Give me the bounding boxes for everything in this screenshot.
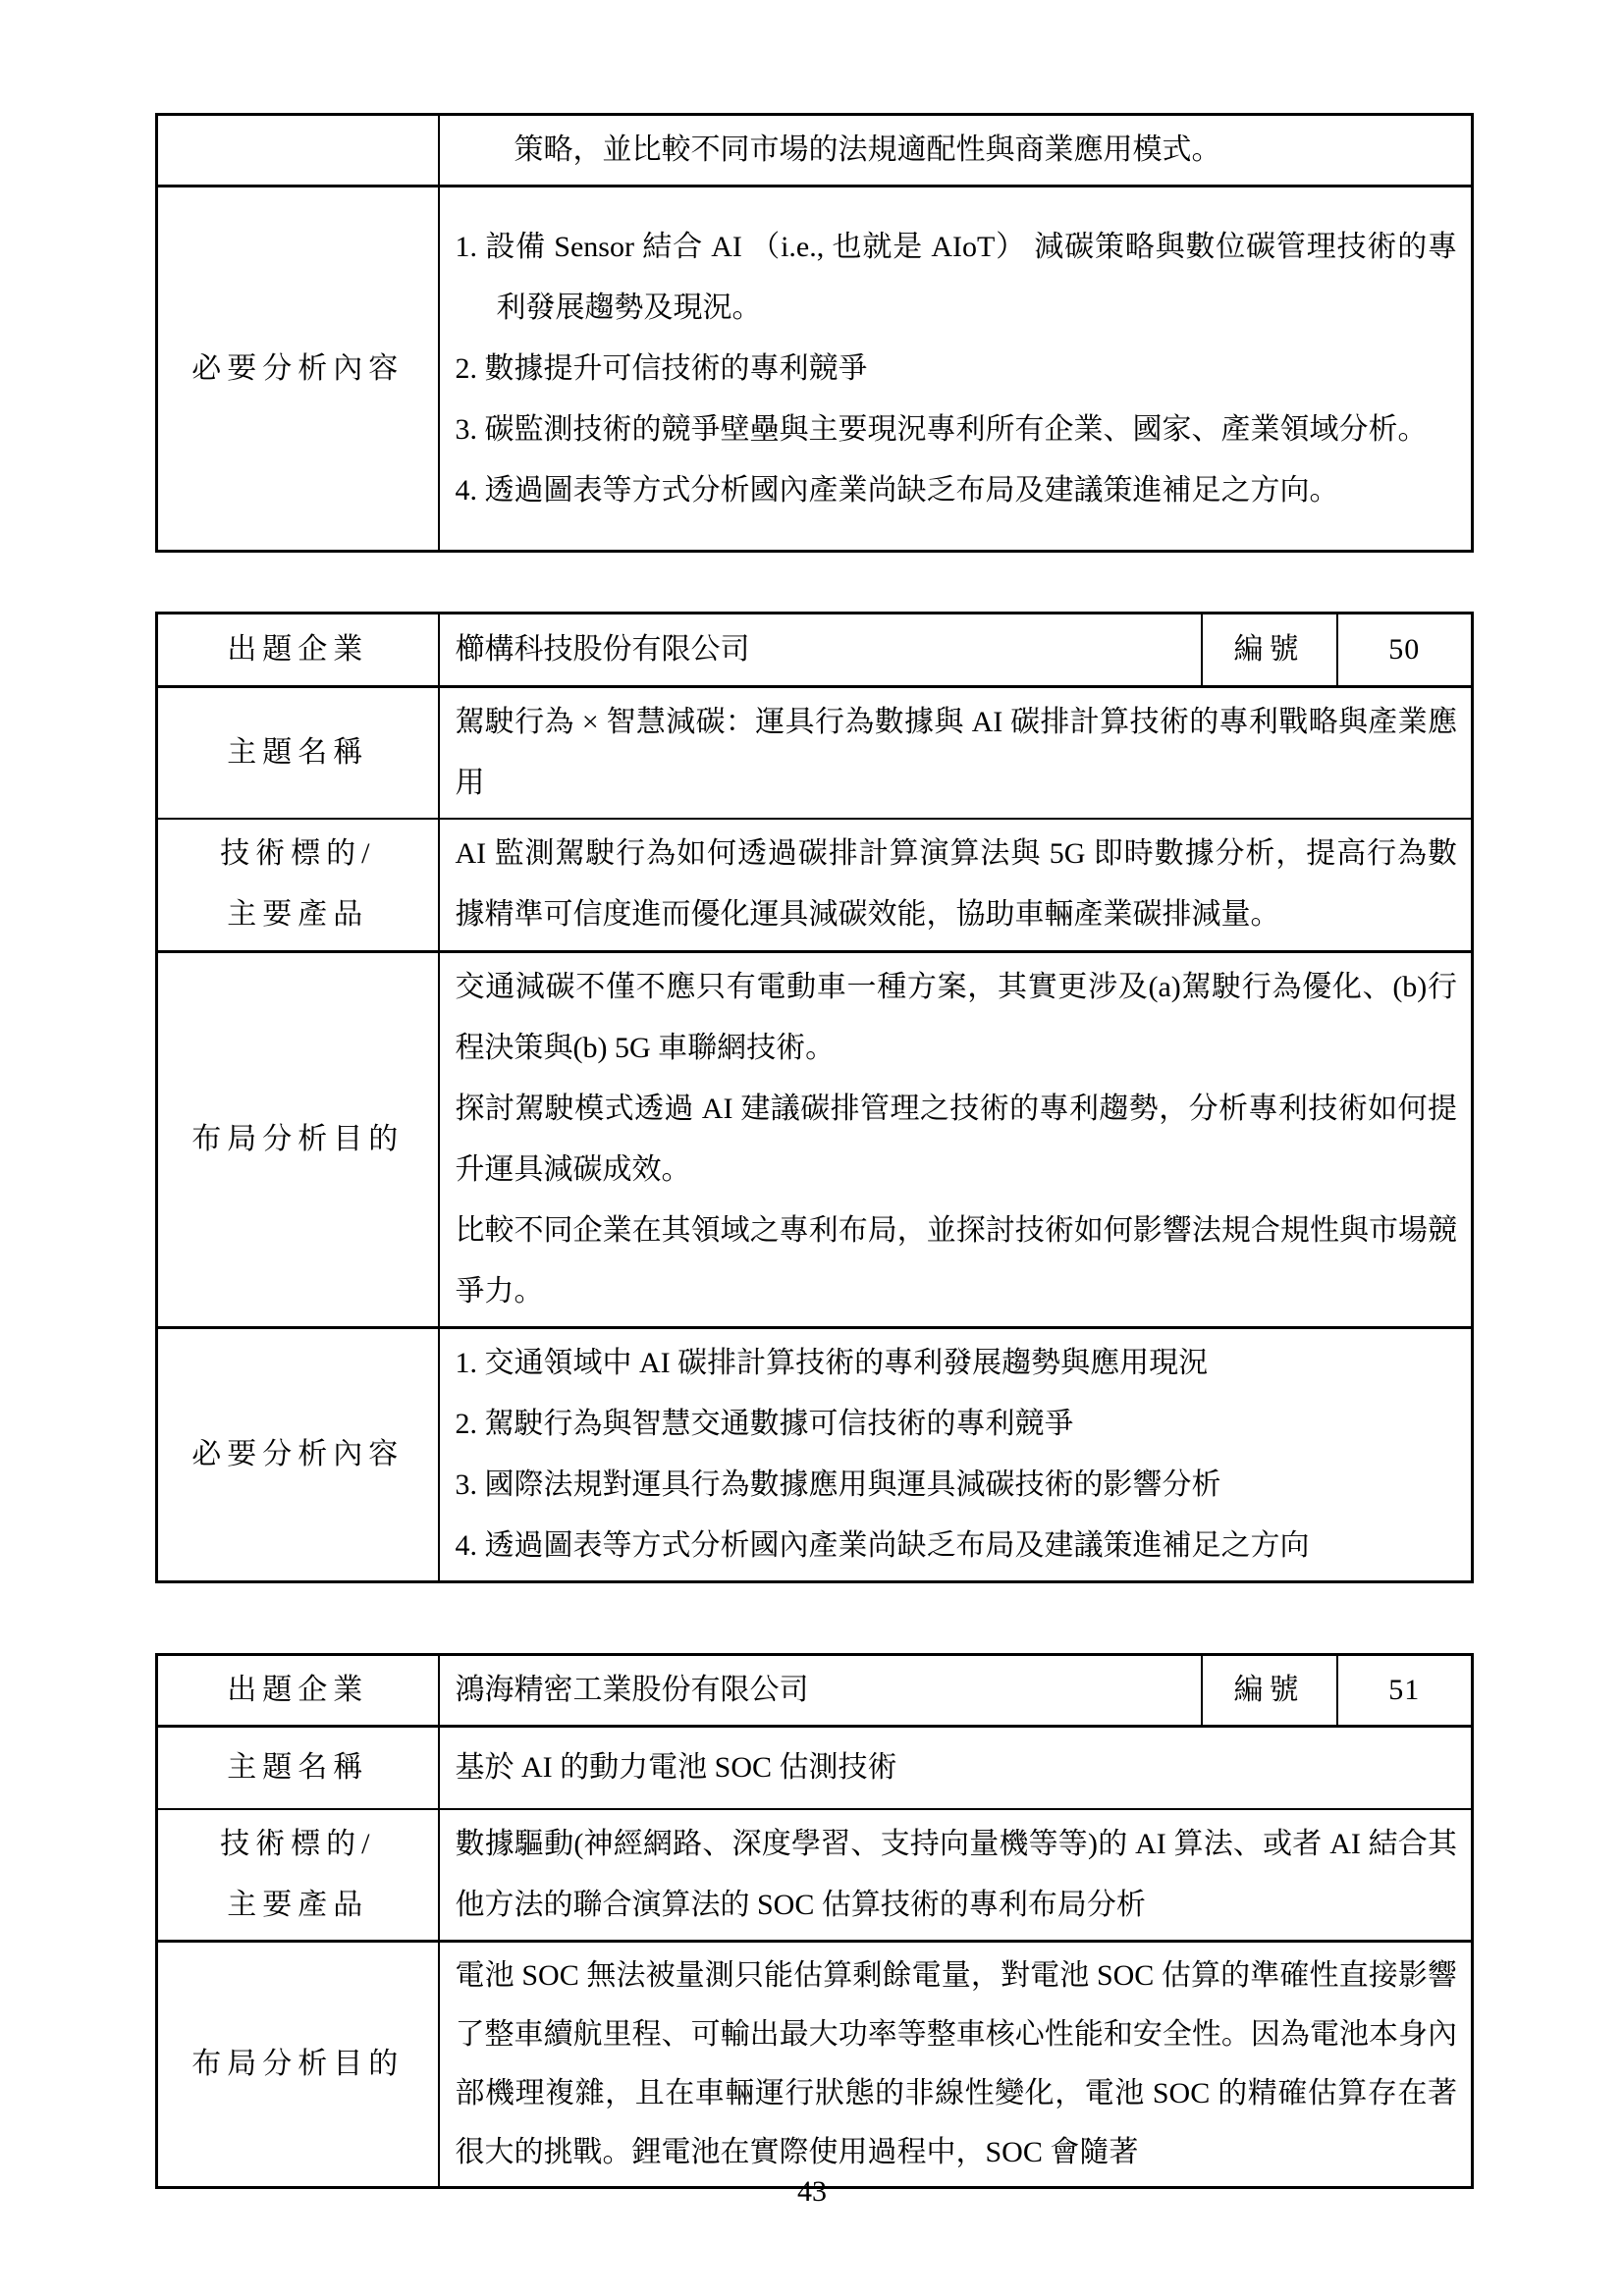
required-analysis-row: 必要分析內容 1. 設備 Sensor 結合 AI （i.e., 也就是 AIo… — [157, 187, 1473, 552]
topic-row: 主題名稱 駕駛行為 × 智慧減碳：運具行為數據與 AI 碳排計算技術的專利戰略與… — [157, 687, 1473, 820]
serial-number: 51 — [1337, 1654, 1473, 1726]
continuation-text: 策略，並比較不同市場的法規適配性與商業應用模式。 — [439, 115, 1473, 187]
company-label: 出題企業 — [157, 1654, 439, 1726]
target-label: 技術標的/ 主要產品 — [157, 1809, 439, 1942]
topic-label: 主題名稱 — [157, 687, 439, 820]
analysis-item-1: 1. 交通領域中 AI 碳排計算技術的專利發展趨勢與應用現況 — [456, 1333, 1458, 1394]
target-row: 技術標的/ 主要產品 數據驅動(神經網路、深度學習、支持向量機等等)的 AI 算… — [157, 1809, 1473, 1942]
purpose-paragraph-3: 比較不同企業在其領域之專利布局，並探討技術如何影響法規合規性與市場競爭力。 — [456, 1201, 1458, 1322]
table-topic-50: 出題企業 櫛構科技股份有限公司 編號 50 主題名稱 駕駛行為 × 智慧減碳：運… — [155, 612, 1474, 1583]
serial-label: 編號 — [1202, 1654, 1337, 1726]
analysis-item-3: 3. 國際法規對運具行為數據應用與運具減碳技術的影響分析 — [456, 1455, 1458, 1516]
company-label: 出題企業 — [157, 614, 439, 687]
analysis-item-2: 2. 駕駛行為與智慧交通數據可信技術的專利競爭 — [456, 1394, 1458, 1455]
target-label: 技術標的/ 主要產品 — [157, 819, 439, 951]
continuation-row: 策略，並比較不同市場的法規適配性與商業應用模式。 — [157, 115, 1473, 187]
topic-row: 主題名稱 基於 AI 的動力電池 SOC 估測技術 — [157, 1726, 1473, 1809]
topic-label: 主題名稱 — [157, 1726, 439, 1809]
target-label-line1: 技術標的/ — [162, 824, 434, 884]
required-analysis-row: 必要分析內容 1. 交通領域中 AI 碳排計算技術的專利發展趨勢與應用現況 2.… — [157, 1327, 1473, 1581]
serial-label: 編號 — [1202, 614, 1337, 687]
table-continuation: 策略，並比較不同市場的法規適配性與商業應用模式。 必要分析內容 1. 設備 Se… — [155, 113, 1474, 553]
purpose-paragraph-2: 探討駕駛模式透過 AI 建議碳排管理之技術的專利趨勢，分析專利技術如何提升運具減… — [456, 1079, 1458, 1201]
target-label-line2: 主要產品 — [162, 884, 434, 945]
target-content: 數據驅動(神經網路、深度學習、支持向量機等等)的 AI 算法、或者 AI 結合其… — [439, 1809, 1473, 1942]
serial-number: 50 — [1337, 614, 1473, 687]
purpose-label: 布局分析目的 — [157, 951, 439, 1327]
topic-title: 基於 AI 的動力電池 SOC 估測技術 — [439, 1726, 1473, 1809]
required-analysis-label: 必要分析內容 — [157, 1327, 439, 1581]
table-topic-51: 出題企業 鴻海精密工業股份有限公司 編號 51 主題名稱 基於 AI 的動力電池… — [155, 1653, 1474, 2190]
topic-title: 駕駛行為 × 智慧減碳：運具行為數據與 AI 碳排計算技術的專利戰略與產業應用 — [439, 687, 1473, 820]
analysis-item-3: 3. 碳監測技術的競爭壁壘與主要現況專利所有企業、國家、產業領域分析。 — [456, 400, 1458, 460]
company-row: 出題企業 鴻海精密工業股份有限公司 編號 51 — [157, 1654, 1473, 1726]
purpose-label: 布局分析目的 — [157, 1942, 439, 2188]
analysis-item-4: 4. 透過圖表等方式分析國內產業尚缺乏布局及建議策進補足之方向 — [456, 1516, 1458, 1576]
analysis-item-1: 1. 設備 Sensor 結合 AI （i.e., 也就是 AIoT） 減碳策略… — [456, 217, 1458, 339]
required-analysis-label: 必要分析內容 — [157, 187, 439, 552]
document-page: 策略，並比較不同市場的法規適配性與商業應用模式。 必要分析內容 1. 設備 Se… — [0, 0, 1624, 2296]
required-analysis-content: 1. 設備 Sensor 結合 AI （i.e., 也就是 AIoT） 減碳策略… — [439, 187, 1473, 552]
purpose-row: 布局分析目的 交通減碳不僅不應只有電動車一種方案，其實更涉及(a)駕駛行為優化、… — [157, 951, 1473, 1327]
company-name: 櫛構科技股份有限公司 — [439, 614, 1202, 687]
analysis-item-4: 4. 透過圖表等方式分析國內產業尚缺乏布局及建議策進補足之方向。 — [456, 460, 1458, 521]
purpose-content: 交通減碳不僅不應只有電動車一種方案，其實更涉及(a)駕駛行為優化、(b)行程決策… — [439, 951, 1473, 1327]
empty-label-cell — [157, 115, 439, 187]
target-label-line1: 技術標的/ — [162, 1814, 434, 1875]
purpose-row: 布局分析目的 電池 SOC 無法被量測只能估算剩餘電量，對電池 SOC 估算的準… — [157, 1942, 1473, 2188]
purpose-content: 電池 SOC 無法被量測只能估算剩餘電量，對電池 SOC 估算的準確性直接影響了… — [439, 1942, 1473, 2188]
required-analysis-content: 1. 交通領域中 AI 碳排計算技術的專利發展趨勢與應用現況 2. 駕駛行為與智… — [439, 1327, 1473, 1581]
target-label-line2: 主要產品 — [162, 1875, 434, 1936]
target-content: AI 監測駕駛行為如何透過碳排計算演算法與 5G 即時數據分析，提高行為數據精準… — [439, 819, 1473, 951]
page-number: 43 — [0, 2175, 1624, 2209]
company-row: 出題企業 櫛構科技股份有限公司 編號 50 — [157, 614, 1473, 687]
analysis-item-2: 2. 數據提升可信技術的專利競爭 — [456, 339, 1458, 400]
purpose-paragraph-1: 交通減碳不僅不應只有電動車一種方案，其實更涉及(a)駕駛行為優化、(b)行程決策… — [456, 957, 1458, 1079]
target-row: 技術標的/ 主要產品 AI 監測駕駛行為如何透過碳排計算演算法與 5G 即時數據… — [157, 819, 1473, 951]
company-name: 鴻海精密工業股份有限公司 — [439, 1654, 1202, 1726]
